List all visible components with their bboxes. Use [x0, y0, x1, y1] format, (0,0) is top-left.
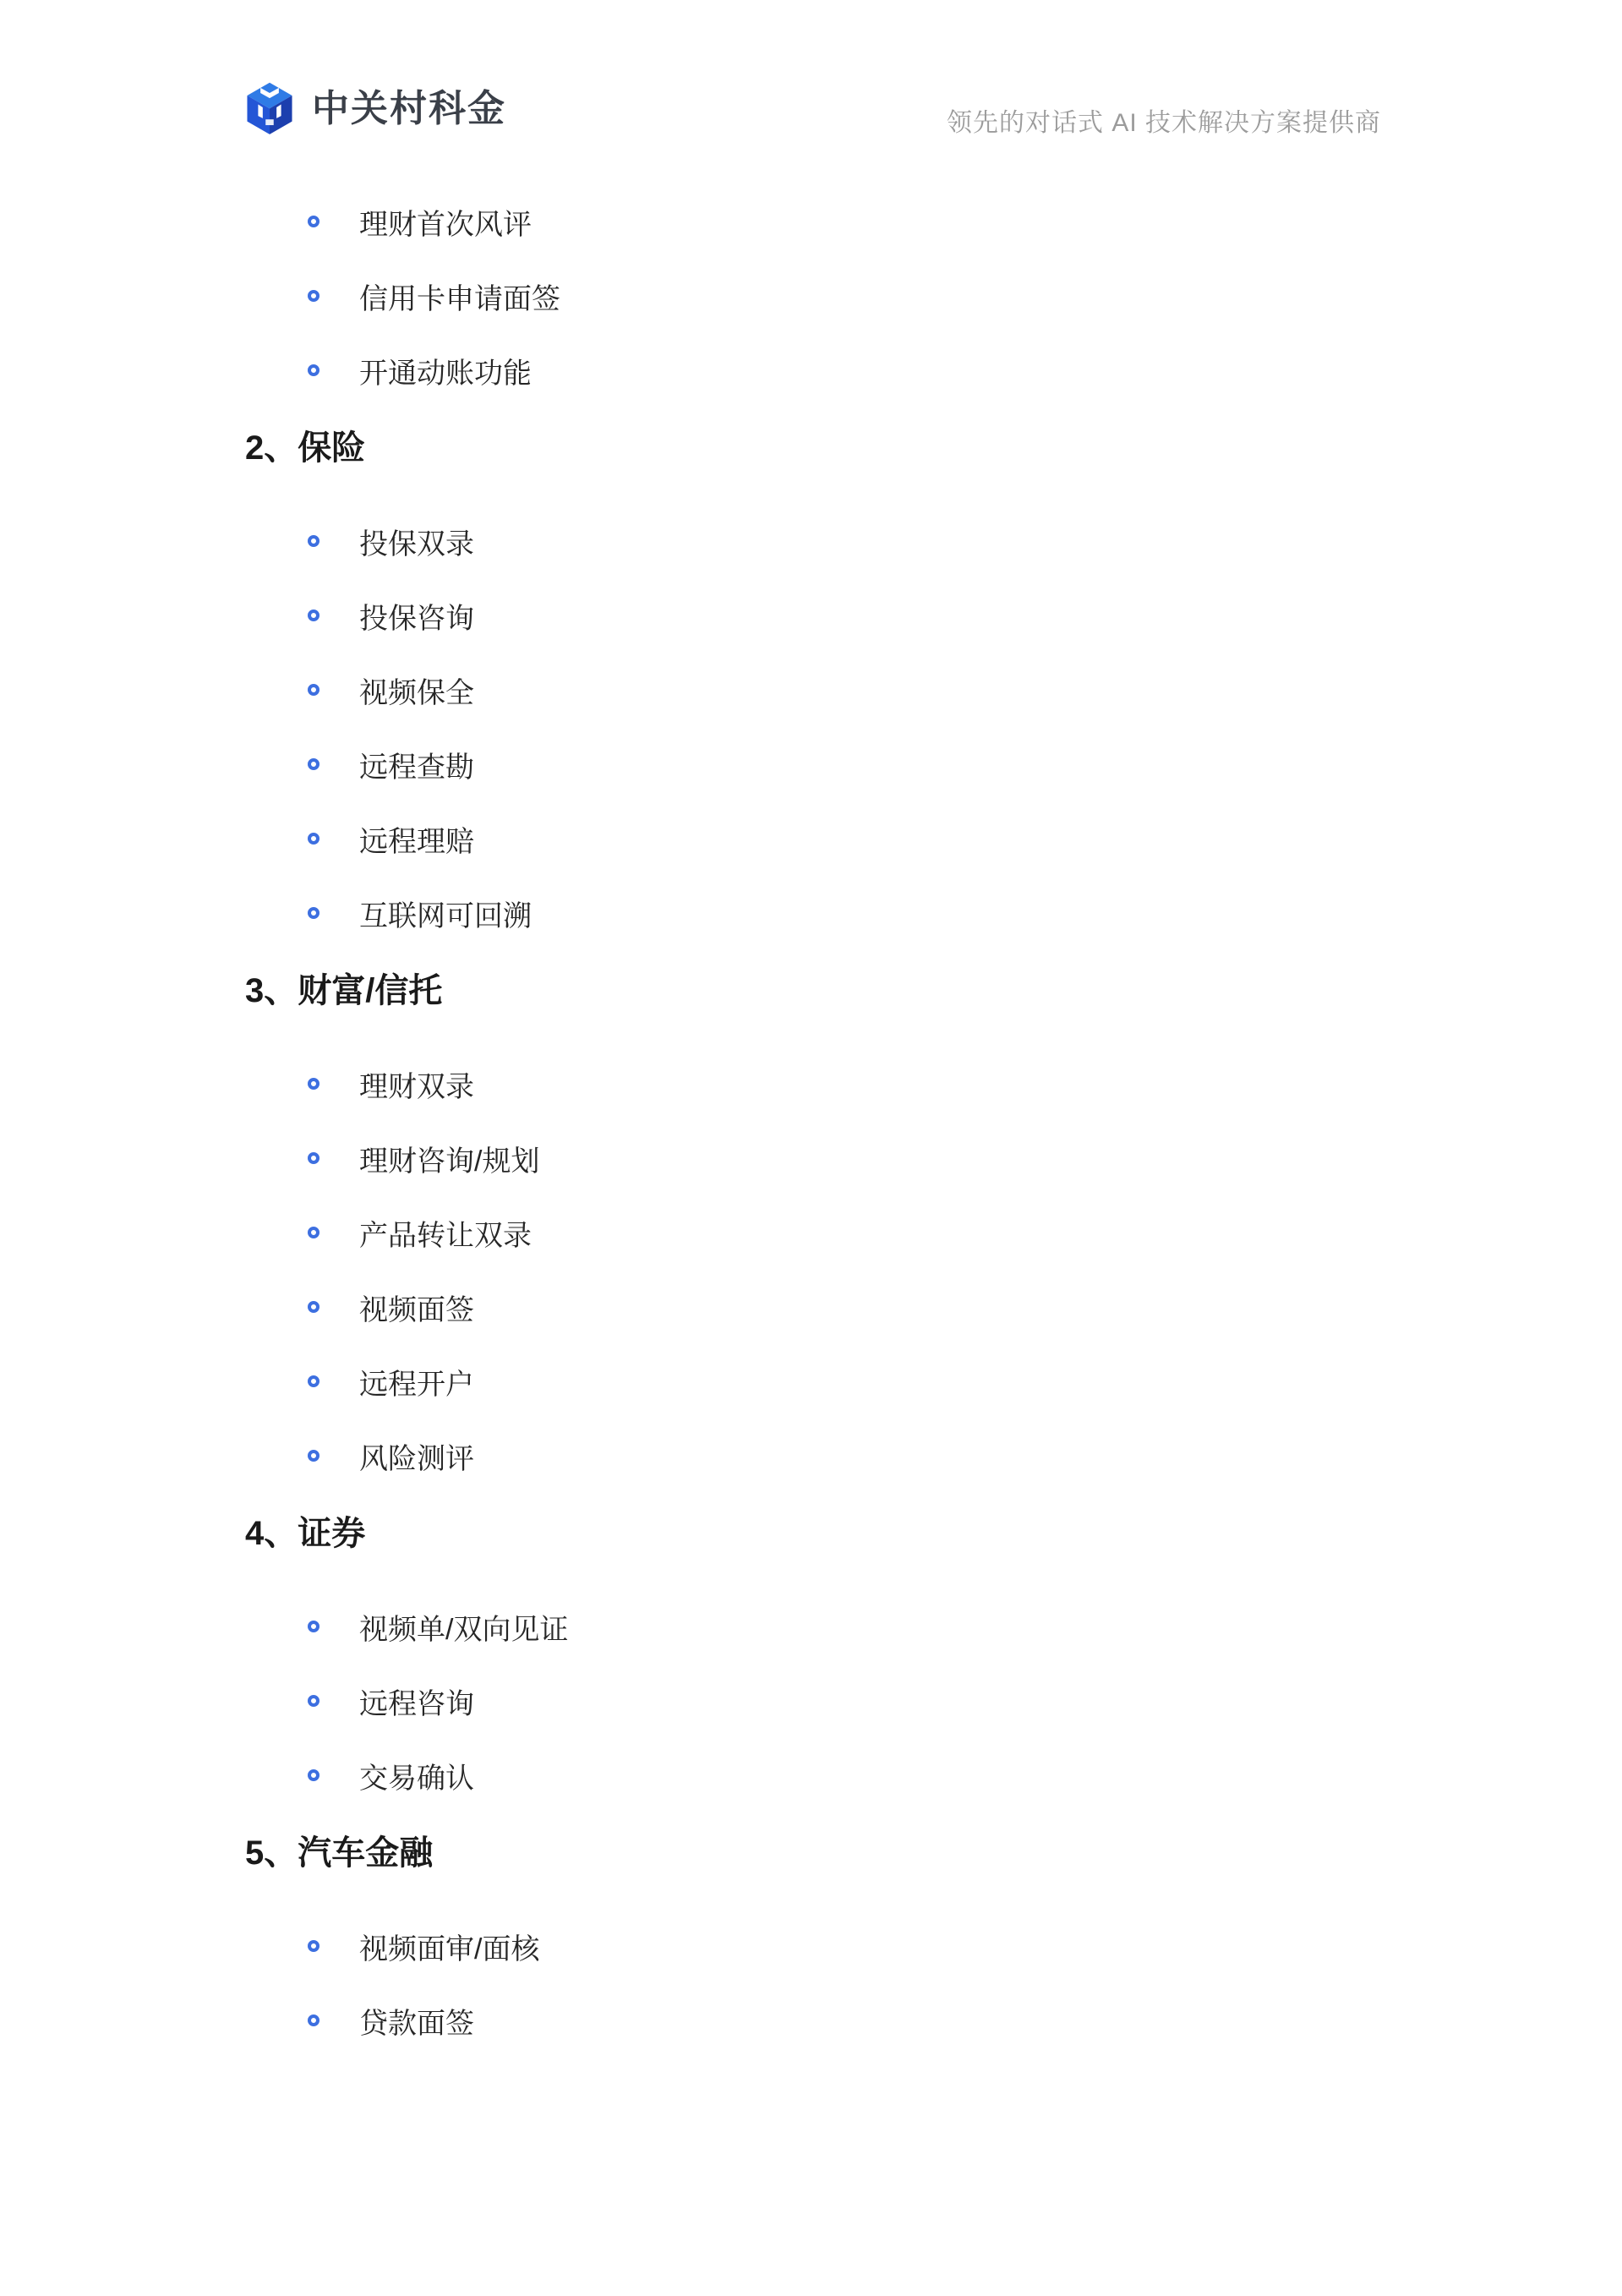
list-item-label: 投保咨询: [359, 595, 474, 637]
list-item: 理财咨询/规划: [245, 1121, 1622, 1195]
bullet-circle-icon: [308, 1695, 319, 1707]
bullet-circle-icon: [308, 290, 319, 302]
list-item-label: 远程咨询: [359, 1681, 474, 1722]
list-item: 风险测评: [245, 1419, 1622, 1493]
section-list: 视频面审/面核贷款面签: [245, 1909, 1622, 2058]
bullet-circle-icon: [308, 684, 319, 696]
section-list: 理财双录理财咨询/规划产品转让双录视频面签远程开户风险测评: [245, 1047, 1622, 1493]
section-heading: 4、证券: [245, 1508, 1622, 1559]
bullet-circle-icon: [308, 1940, 319, 1952]
bullet-circle-icon: [308, 1769, 319, 1781]
list-item: 视频面审/面核: [245, 1909, 1622, 1983]
list-item-label: 视频保全: [359, 670, 474, 711]
list-item-label: 理财首次风评: [359, 201, 532, 243]
list-item: 远程查勘: [245, 727, 1622, 801]
list-item: 投保双录: [245, 504, 1622, 578]
bullet-circle-icon: [308, 833, 319, 845]
list-item-label: 信用卡申请面签: [359, 276, 560, 317]
content-area: 理财首次风评信用卡申请面签开通动账功能 2、保险投保双录投保咨询视频保全远程查勘…: [0, 0, 1622, 2058]
list-item: 投保咨询: [245, 578, 1622, 653]
list-item-label: 开通动账功能: [359, 350, 532, 391]
bullet-circle-icon: [308, 535, 319, 547]
list-item: 理财双录: [245, 1047, 1622, 1121]
bullet-circle-icon: [308, 364, 319, 376]
list-item-label: 远程理赔: [359, 818, 474, 860]
list-item: 远程理赔: [245, 801, 1622, 876]
list-item-label: 产品转让双录: [359, 1212, 532, 1254]
bullet-circle-icon: [308, 1375, 319, 1387]
list-item: 视频保全: [245, 653, 1622, 727]
list-item-label: 视频面审/面核: [359, 1926, 539, 1967]
list-item: 贷款面签: [245, 1983, 1622, 2058]
sections: 2、保险投保双录投保咨询视频保全远程查勘远程理赔互联网可回溯3、财富/信托理财双…: [245, 423, 1622, 2058]
bullet-circle-icon: [308, 1227, 319, 1238]
bullet-circle-icon: [308, 1450, 319, 1462]
bullet-circle-icon: [308, 1621, 319, 1632]
list-item: 视频单/双向见证: [245, 1589, 1622, 1664]
bullet-circle-icon: [308, 216, 319, 227]
list-item: 产品转让双录: [245, 1195, 1622, 1270]
section-list: 视频单/双向见证远程咨询交易确认: [245, 1589, 1622, 1812]
document-page: 中关村科金 领先的对话式 AI 技术解决方案提供商 理财首次风评信用卡申请面签开…: [0, 0, 1622, 2296]
bullet-circle-icon: [308, 1301, 319, 1313]
list-item: 远程开户: [245, 1344, 1622, 1419]
list-item-label: 贷款面签: [359, 2000, 474, 2042]
list-item-label: 投保双录: [359, 521, 474, 562]
list-item: 信用卡申请面签: [245, 259, 1622, 333]
section-heading: 2、保险: [245, 423, 1622, 473]
section-heading: 3、财富/信托: [245, 965, 1622, 1016]
bullet-circle-icon: [308, 1078, 319, 1090]
list-item: 互联网可回溯: [245, 876, 1622, 950]
list-item: 交易确认: [245, 1738, 1622, 1812]
section-list: 投保双录投保咨询视频保全远程查勘远程理赔互联网可回溯: [245, 504, 1622, 950]
section-heading: 5、汽车金融: [245, 1828, 1622, 1878]
list-item-label: 远程查勘: [359, 744, 474, 785]
bullet-circle-icon: [308, 1152, 319, 1164]
list-item: 理财首次风评: [245, 184, 1622, 259]
bullet-circle-icon: [308, 758, 319, 770]
list-item-label: 理财双录: [359, 1063, 474, 1105]
list-item: 远程咨询: [245, 1664, 1622, 1738]
bullet-circle-icon: [308, 610, 319, 621]
list-item: 视频面签: [245, 1270, 1622, 1344]
list-item-label: 远程开户: [359, 1361, 474, 1402]
intro-list: 理财首次风评信用卡申请面签开通动账功能: [245, 184, 1622, 407]
list-item-label: 交易确认: [359, 1755, 474, 1796]
bullet-circle-icon: [308, 2014, 319, 2026]
list-item-label: 理财咨询/规划: [359, 1138, 539, 1179]
list-item-label: 视频单/双向见证: [359, 1606, 568, 1648]
list-item-label: 风险测评: [359, 1435, 474, 1477]
list-item-label: 互联网可回溯: [359, 893, 532, 934]
bullet-circle-icon: [308, 907, 319, 919]
list-item: 开通动账功能: [245, 333, 1622, 407]
list-item-label: 视频面签: [359, 1287, 474, 1328]
